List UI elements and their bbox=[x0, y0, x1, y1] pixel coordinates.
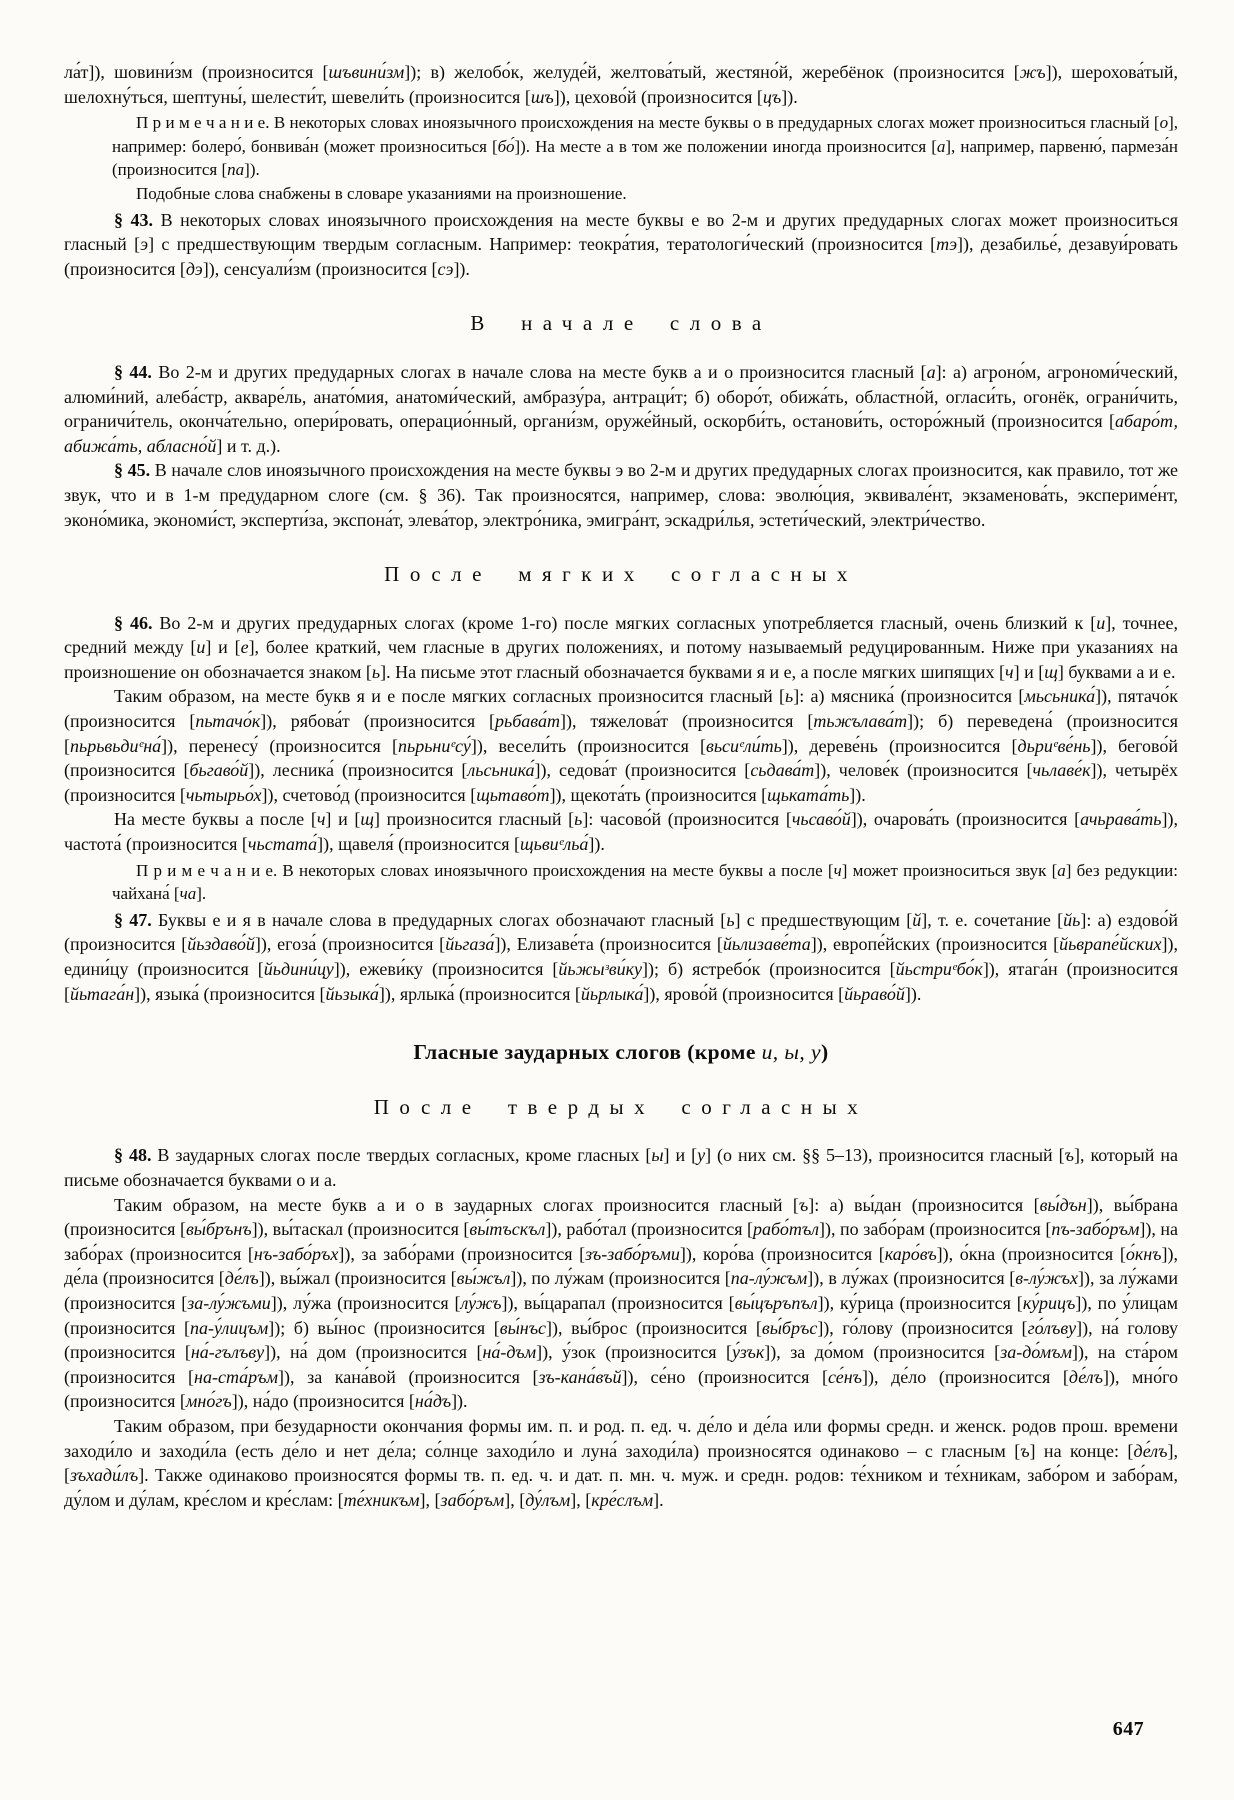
section-heading-post-tonic-vowels: Гласные заударных слогов (кроме и, ы, у) bbox=[64, 1040, 1178, 1065]
section-heading-after-soft-consonants: После мягких согласных bbox=[64, 562, 1178, 587]
page-number: 647 bbox=[1113, 1717, 1144, 1742]
paragraph-46-examples: Таким образом, на месте букв я и е после… bbox=[64, 684, 1178, 807]
section-heading-after-hard-consonants: После твердых согласных bbox=[64, 1095, 1178, 1120]
heading-text-close: ) bbox=[821, 1040, 829, 1064]
section-heading-word-initial: В начале слова bbox=[64, 311, 1178, 336]
paragraph-45: § 45. В начале слов иноязычного происхож… bbox=[64, 458, 1178, 532]
paragraph-44: § 44. Во 2-м и других предударных слогах… bbox=[64, 360, 1178, 458]
book-page: ла́т]), шовини́зм (произносится [шъвини́… bbox=[0, 0, 1234, 1800]
note-1-paragraph-1: П р и м е ч а н и е. В некоторых словах … bbox=[112, 111, 1178, 182]
heading-text-italic: и, ы, у bbox=[762, 1040, 821, 1064]
note-1-paragraph-2: Подобные слова снабжены в словаре указан… bbox=[112, 182, 1178, 206]
paragraph-48-intro: § 48. В заударных слогах после твердых с… bbox=[64, 1143, 1178, 1192]
paragraph-43: § 43. В некоторых словах иноязычного про… bbox=[64, 208, 1178, 282]
note-block-2: П р и м е ч а н и е. В некоторых словах … bbox=[112, 859, 1178, 906]
paragraph-47: § 47. Буквы е и я в начале слова в преду… bbox=[64, 908, 1178, 1006]
paragraph-48-examples: Таким образом, на месте букв а и о в зау… bbox=[64, 1193, 1178, 1414]
note-block-1: П р и м е ч а н и е. В некоторых словах … bbox=[112, 111, 1178, 205]
paragraph-48-final: Таким образом, при безударности окончани… bbox=[64, 1414, 1178, 1512]
heading-text-main: Гласные заударных слогов (кроме bbox=[413, 1040, 761, 1064]
paragraph-sh-continuation: ла́т]), шовини́зм (произносится [шъвини́… bbox=[64, 60, 1178, 109]
paragraph-46-letter-a: На месте буквы а после [ч] и [щ] произно… bbox=[64, 807, 1178, 856]
note-2-paragraph: П р и м е ч а н и е. В некоторых словах … bbox=[112, 859, 1178, 906]
paragraph-46-intro: § 46. Во 2-м и других предударных слогах… bbox=[64, 611, 1178, 685]
